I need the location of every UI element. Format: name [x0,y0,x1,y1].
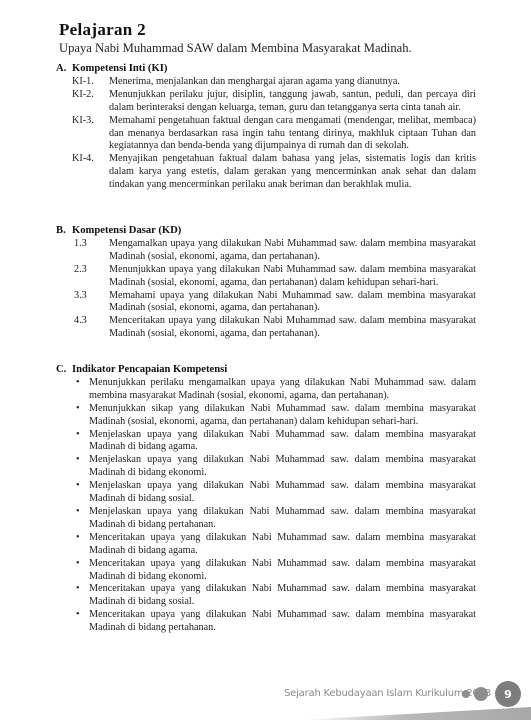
lesson-subtitle: Upaya Nabi Muhammad SAW dalam Membina Ma… [59,41,412,56]
footer-dot-small-icon [462,690,470,698]
kd-item: 4.3Menceritakan upaya yang dilakukan Nab… [56,315,476,341]
document-page: Pelajaran 2 Upaya Nabi Muhammad SAW dala… [0,0,531,720]
bullet-icon: • [56,403,89,429]
indikator-item: •Menceritakan upaya yang dilakukan Nabi … [56,609,476,635]
indikator-text: Menceritakan upaya yang dilakukan Nabi M… [89,583,476,609]
kd-item: 2.3Menunjukkan upaya yang dilakukan Nabi… [56,264,476,290]
section-heading: B. Kompetensi Dasar (KD) [56,225,476,238]
indikator-item: •Menunjukkan perilaku mengamalkan upaya … [56,377,476,403]
section-indikator: C. Indikator Pencapaian Kompetensi •Menu… [56,364,476,635]
bullet-icon: • [56,609,89,635]
section-letter: A. [56,63,72,76]
indikator-item: •Menceritakan upaya yang dilakukan Nabi … [56,532,476,558]
lesson-title: Pelajaran 2 [59,20,146,40]
ki-label: KI-2. [56,89,109,115]
ki-item: KI-2.Menunjukkan perilaku jujur, disipli… [56,89,476,115]
kd-number: 1.3 [56,238,109,264]
indikator-text: Menceritakan upaya yang dilakukan Nabi M… [89,609,476,635]
bullet-icon: • [56,480,89,506]
kd-text: Memahami upaya yang dilakukan Nabi Muham… [109,290,476,316]
kd-list: 1.3Mengamalkan upaya yang dilakukan Nabi… [56,238,476,341]
indikator-text: Menunjukkan perilaku mengamalkan upaya y… [89,377,476,403]
indikator-text: Menceritakan upaya yang dilakukan Nabi M… [89,532,476,558]
indikator-list: •Menunjukkan perilaku mengamalkan upaya … [56,377,476,635]
indikator-item: •Menjelaskan upaya yang dilakukan Nabi M… [56,506,476,532]
indikator-item: •Menjelaskan upaya yang dilakukan Nabi M… [56,429,476,455]
footer-decorative-bar [300,707,531,720]
page-number-badge: 9 [495,681,521,707]
kd-item: 1.3Mengamalkan upaya yang dilakukan Nabi… [56,238,476,264]
footer-dot-medium-icon [474,687,488,701]
ki-text: Menerima, menjalankan dan menghargai aja… [109,76,476,89]
ki-text: Memahami pengetahuan faktual dengan cara… [109,115,476,154]
bullet-icon: • [56,454,89,480]
indikator-item: •Menceritakan upaya yang dilakukan Nabi … [56,558,476,584]
ki-label: KI-3. [56,115,109,154]
bullet-icon: • [56,532,89,558]
indikator-text: Menjelaskan upaya yang dilakukan Nabi Mu… [89,480,476,506]
kd-text: Menceritakan upaya yang dilakukan Nabi M… [109,315,476,341]
indikator-item: •Menjelaskan upaya yang dilakukan Nabi M… [56,480,476,506]
bullet-icon: • [56,377,89,403]
indikator-text: Menjelaskan upaya yang dilakukan Nabi Mu… [89,429,476,455]
section-title: Kompetensi Inti (KI) [72,63,167,76]
indikator-text: Menceritakan upaya yang dilakukan Nabi M… [89,558,476,584]
kd-number: 4.3 [56,315,109,341]
bullet-icon: • [56,429,89,455]
footer-book-title: Sejarah Kebudayaan Islam Kurikulum 2013 [284,688,491,699]
kd-number: 2.3 [56,264,109,290]
indikator-text: Menjelaskan upaya yang dilakukan Nabi Mu… [89,506,476,532]
kd-number: 3.3 [56,290,109,316]
ki-item: KI-1.Menerima, menjalankan dan mengharga… [56,76,476,89]
indikator-item: •Menceritakan upaya yang dilakukan Nabi … [56,583,476,609]
indikator-text: Menunjukkan sikap yang dilakukan Nabi Mu… [89,403,476,429]
ki-item: KI-3.Memahami pengetahuan faktual dengan… [56,115,476,154]
section-title: Indikator Pencapaian Kompetensi [72,364,227,377]
kd-item: 3.3Memahami upaya yang dilakukan Nabi Mu… [56,290,476,316]
bullet-icon: • [56,558,89,584]
indikator-item: •Menjelaskan upaya yang dilakukan Nabi M… [56,454,476,480]
ki-label: KI-4. [56,153,109,192]
bullet-icon: • [56,506,89,532]
kd-text: Mengamalkan upaya yang dilakukan Nabi Mu… [109,238,476,264]
kd-text: Menunjukkan upaya yang dilakukan Nabi Mu… [109,264,476,290]
bullet-icon: • [56,583,89,609]
section-letter: C. [56,364,72,377]
ki-text: Menyajikan pengetahuan faktual dalam bah… [109,153,476,192]
ki-label: KI-1. [56,76,109,89]
section-letter: B. [56,225,72,238]
indikator-item: •Menunjukkan sikap yang dilakukan Nabi M… [56,403,476,429]
section-kompetensi-dasar: B. Kompetensi Dasar (KD) 1.3Mengamalkan … [56,225,476,341]
section-kompetensi-inti: A. Kompetensi Inti (KI) KI-1.Menerima, m… [56,63,476,192]
indikator-text: Menjelaskan upaya yang dilakukan Nabi Mu… [89,454,476,480]
ki-list: KI-1.Menerima, menjalankan dan mengharga… [56,76,476,192]
section-title: Kompetensi Dasar (KD) [72,225,181,238]
section-heading: C. Indikator Pencapaian Kompetensi [56,364,476,377]
ki-text: Menunjukkan perilaku jujur, disiplin, ta… [109,89,476,115]
ki-item: KI-4.Menyajikan pengetahuan faktual dala… [56,153,476,192]
section-heading: A. Kompetensi Inti (KI) [56,63,476,76]
